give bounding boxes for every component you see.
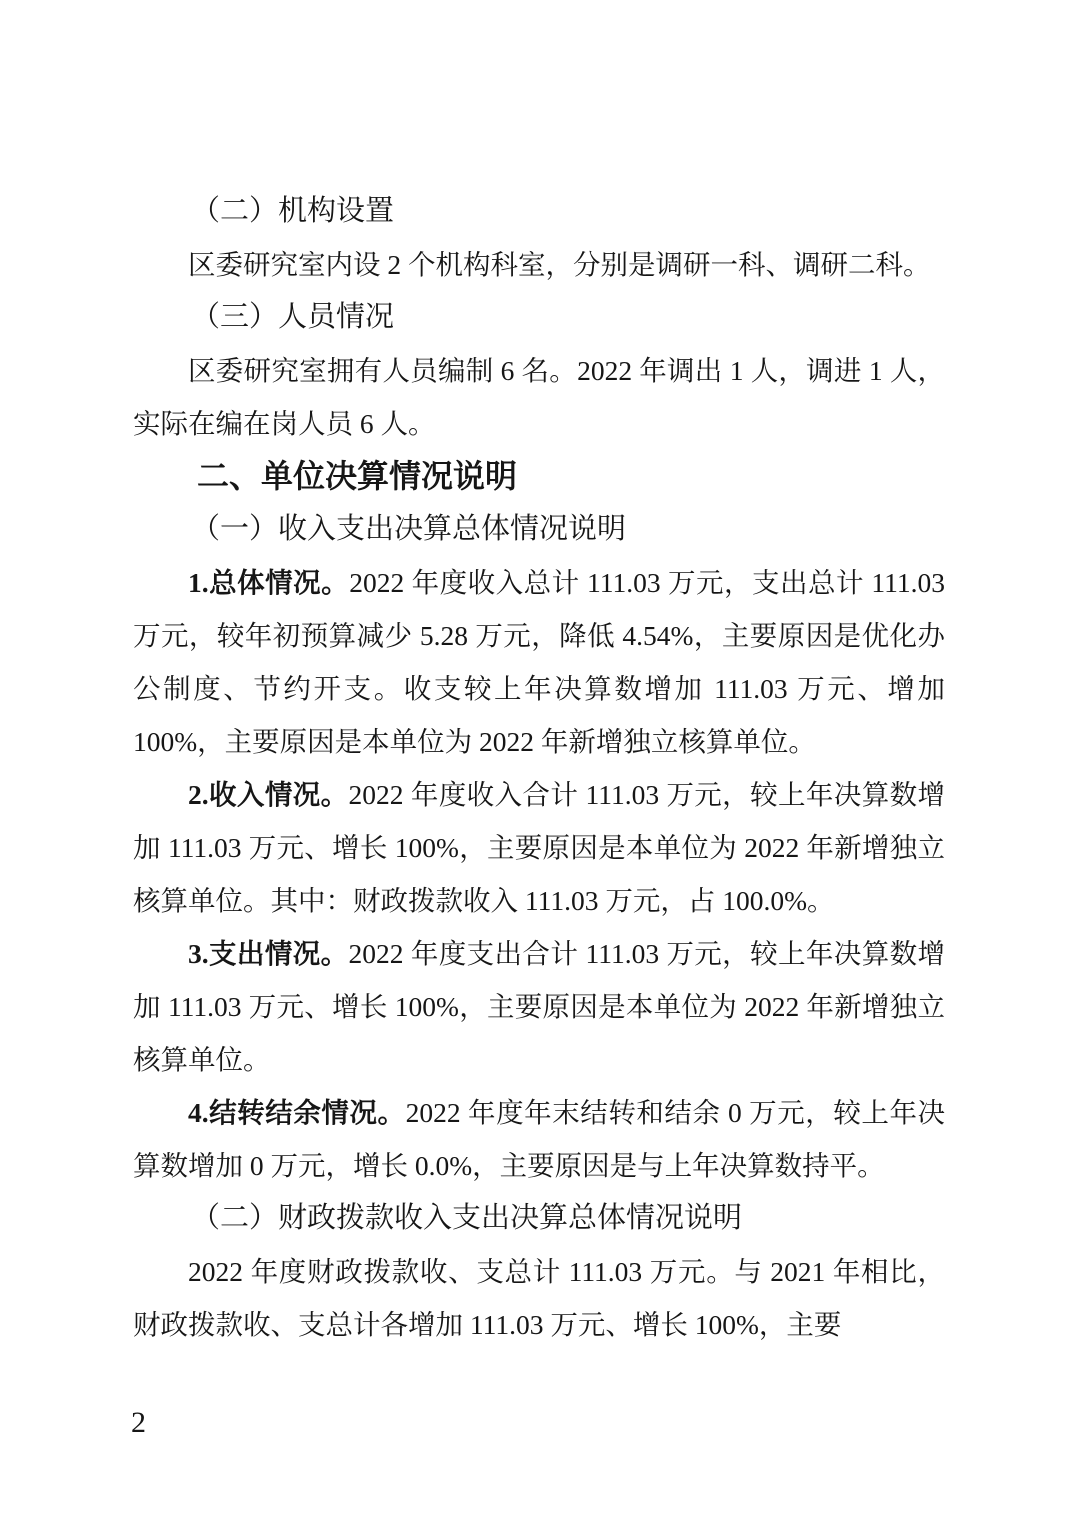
page-number: 2 (131, 1396, 146, 1449)
heading-text: （三）人员情况 (191, 301, 394, 333)
para-carryover-surplus: 4.结转结余情况。2022 年度年末结转和结余 0 万元，较上年决算数增加 0 … (133, 1086, 945, 1192)
heading-text: （二）财政拨款收入支出决算总体情况说明 (191, 1202, 742, 1234)
heading-text: （二）机构设置 (191, 195, 394, 227)
para-fiscal-appropriation: 2022 年度财政拨款收、支总计 111.03 万元。与 2021 年相比，财政… (133, 1245, 945, 1351)
heading-final-accounts-section: 二、单位决算情况说明 (133, 450, 945, 503)
para-organization-setup: 区委研究室内设 2 个机构科室，分别是调研一科、调研二科。 (133, 238, 945, 291)
heading-revenue-expenditure-overview: （一）收入支出决算总体情况说明 (133, 503, 945, 556)
para-revenue-situation: 2.收入情况。2022 年度收入合计 111.03 万元，较上年决算数增加 11… (133, 768, 945, 927)
paragraph-label: 3.支出情况。 (188, 938, 349, 969)
para-overall-situation: 1.总体情况。2022 年度收入总计 111.03 万元，支出总计 111.03… (133, 556, 945, 768)
heading-organization-setup: （二）机构设置 (133, 185, 945, 238)
heading-text: （一）收入支出决算总体情况说明 (191, 513, 626, 545)
paragraph-text: 区委研究室拥有人员编制 6 名。2022 年调出 1 人，调进 1 人，实际在编… (133, 355, 945, 439)
para-personnel: 区委研究室拥有人员编制 6 名。2022 年调出 1 人，调进 1 人，实际在编… (133, 344, 945, 450)
heading-text: 二、单位决算情况说明 (197, 458, 517, 494)
document-content: （二）机构设置 区委研究室内设 2 个机构科室，分别是调研一科、调研二科。 （三… (133, 185, 945, 1351)
para-expenditure-situation: 3.支出情况。2022 年度支出合计 111.03 万元，较上年决算数增加 11… (133, 927, 945, 1086)
paragraph-label: 4.结转结余情况。 (188, 1097, 406, 1128)
paragraph-label: 2.收入情况。 (188, 779, 349, 810)
paragraph-text: 2022 年度财政拨款收、支总计 111.03 万元。与 2021 年相比，财政… (133, 1256, 945, 1340)
heading-fiscal-appropriation-overview: （二）财政拨款收入支出决算总体情况说明 (133, 1192, 945, 1245)
paragraph-label: 1.总体情况。 (188, 567, 349, 598)
document-page: （二）机构设置 区委研究室内设 2 个机构科室，分别是调研一科、调研二科。 （三… (0, 0, 1074, 1520)
paragraph-text: 区委研究室内设 2 个机构科室，分别是调研一科、调研二科。 (188, 249, 931, 280)
heading-personnel: （三）人员情况 (133, 291, 945, 344)
